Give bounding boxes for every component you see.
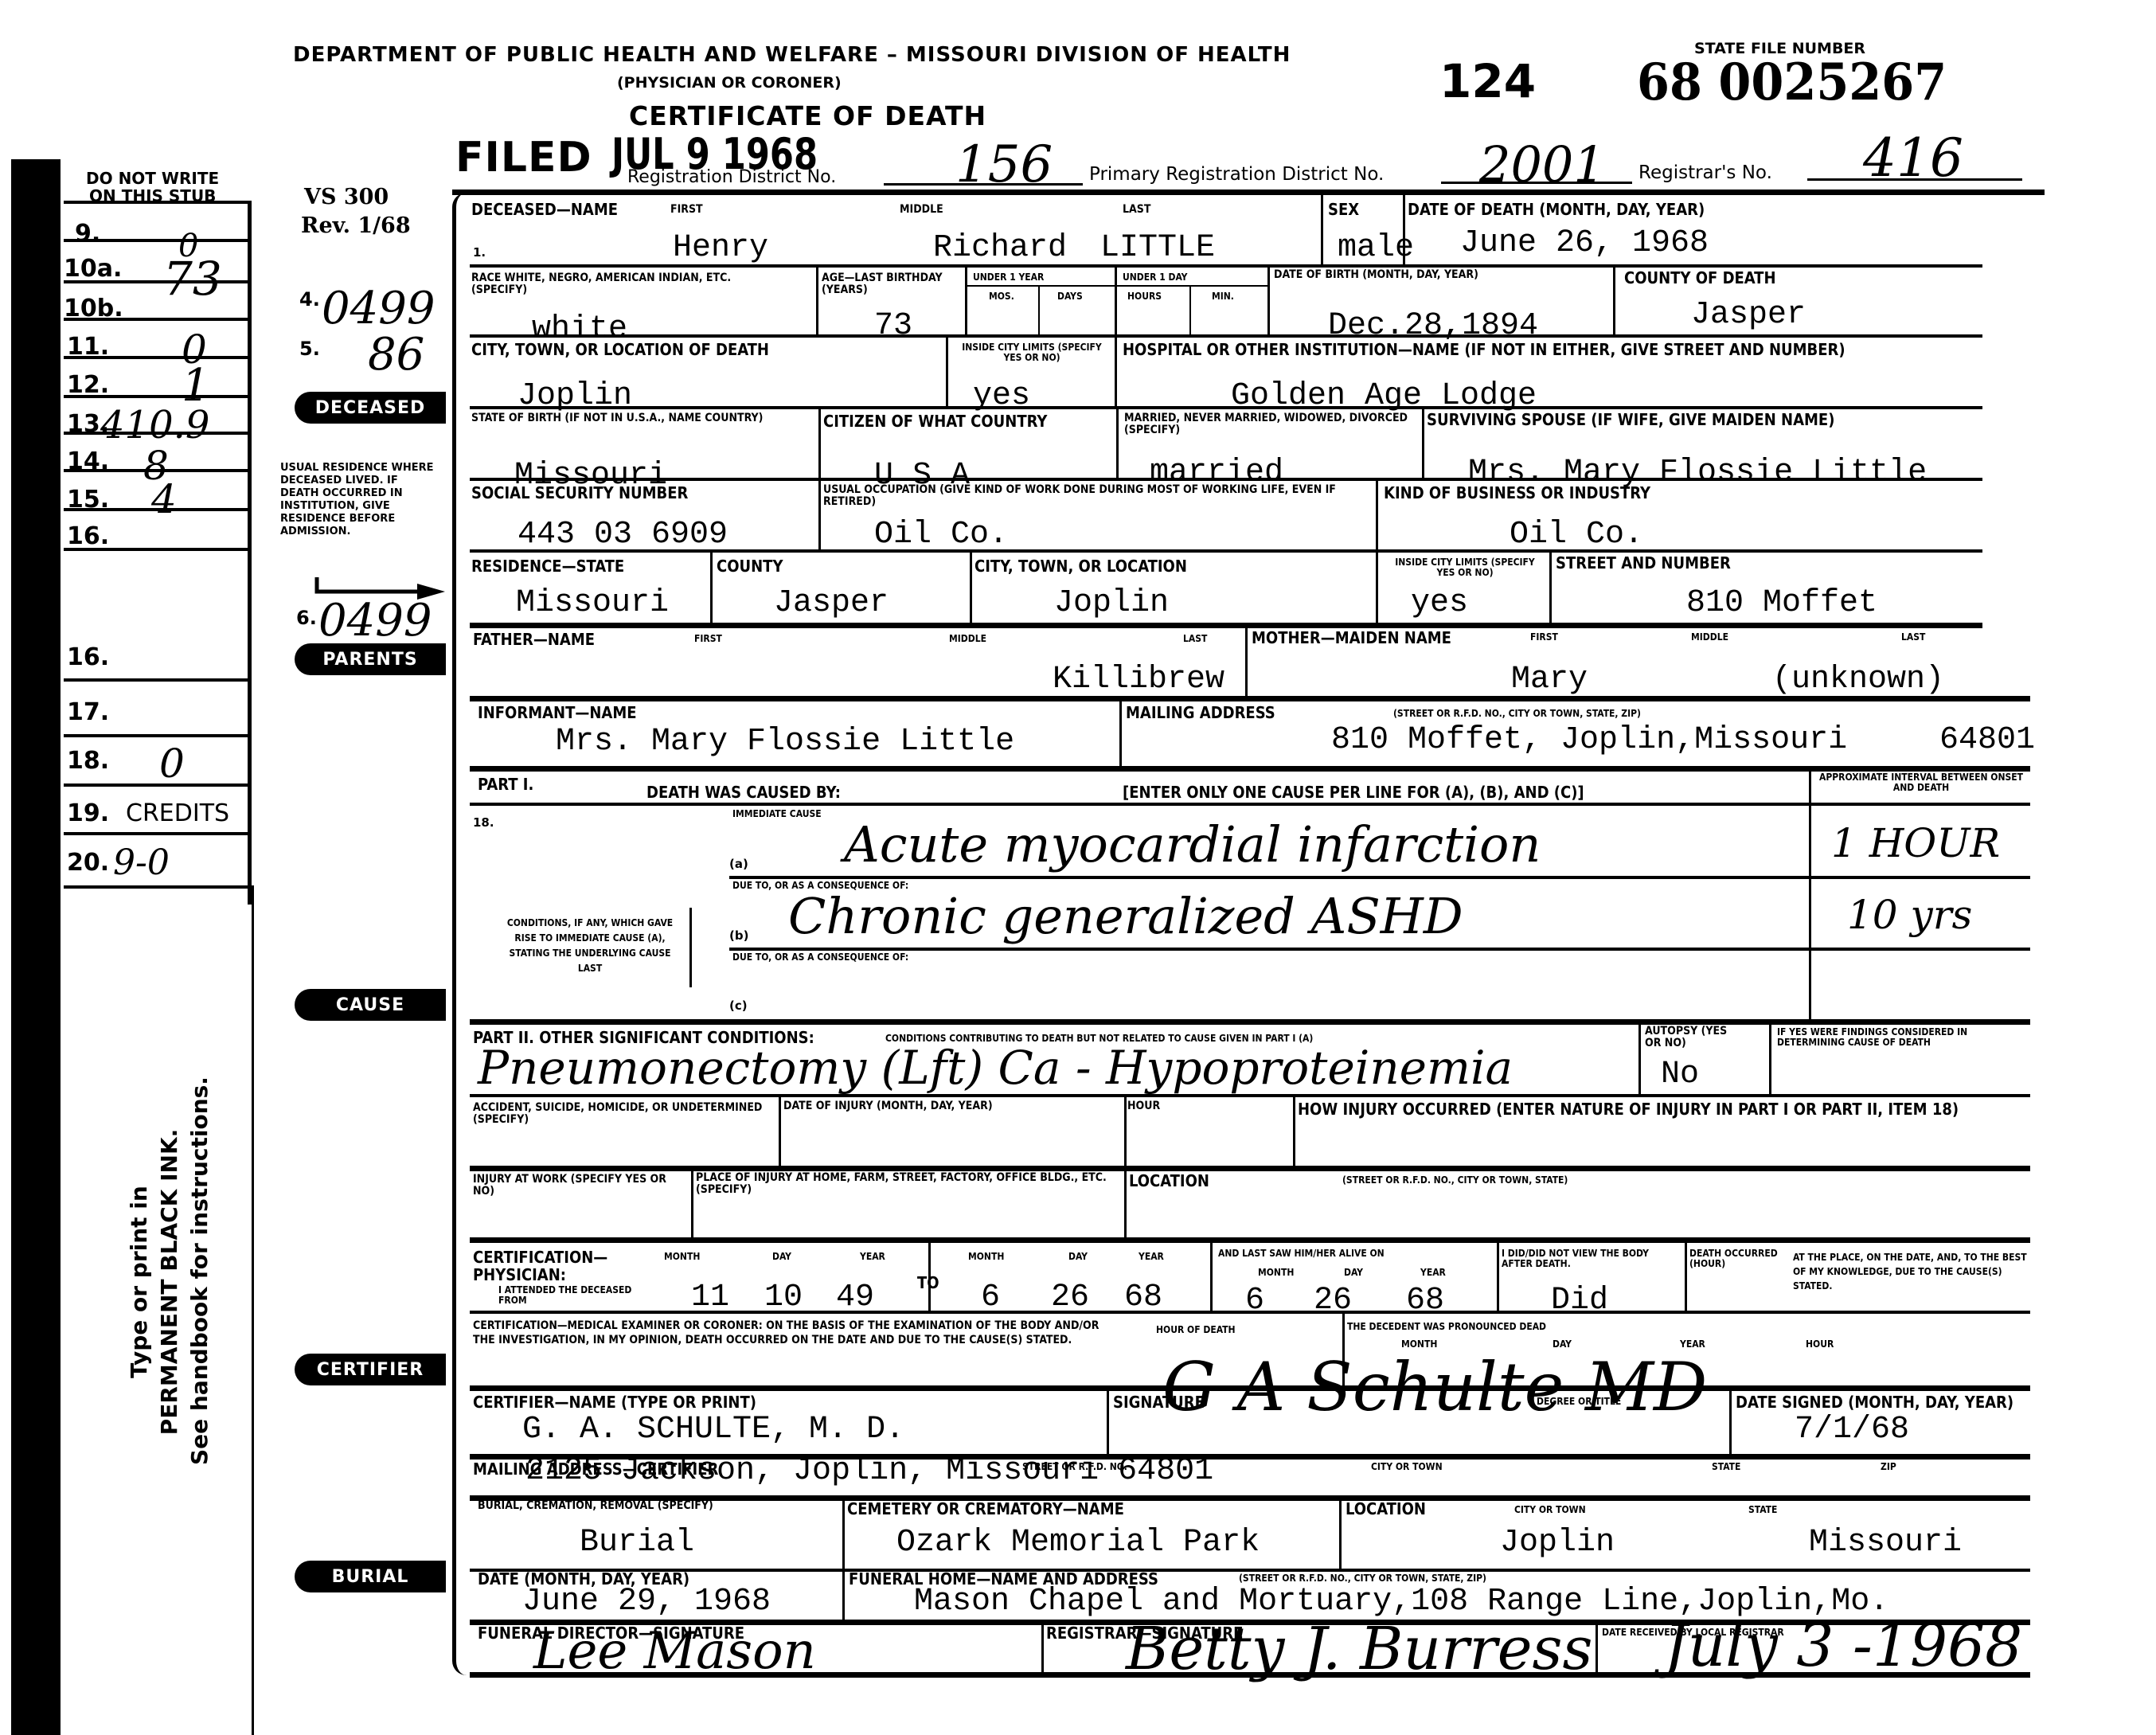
from-year-label: YEAR — [860, 1252, 885, 1262]
due-to-label-c: DUE TO, OR AS A CONSEQUENCE OF: — [732, 952, 908, 963]
immediate-cause-label: IMMEDIATE CAUSE — [732, 809, 822, 819]
saw-year-label: YEAR — [1420, 1268, 1446, 1278]
row-divider — [470, 1311, 2030, 1314]
cell-divider — [842, 1569, 845, 1621]
stub-row-label: 16. — [67, 522, 109, 550]
row-divider — [470, 406, 1982, 409]
cell-divider — [818, 478, 821, 551]
age-value: 73 — [874, 311, 912, 342]
months-label: MOS. — [989, 291, 1014, 302]
stub-divider — [64, 395, 252, 398]
stub-row-value: 0 — [159, 741, 185, 787]
last-label: LAST — [1123, 204, 1150, 216]
residence-inside-value: yes — [1411, 588, 1468, 619]
tab-burial: BURIAL — [295, 1561, 446, 1592]
inside-city-label: INSIDE CITY LIMITS (SPECIFY YES OR NO) — [952, 342, 1111, 363]
disposition-value: Burial — [580, 1527, 694, 1559]
cell-divider — [818, 406, 821, 478]
row-divider — [470, 549, 1982, 553]
code5-value: 86 — [368, 333, 424, 377]
residence-street-value: 810 Moffet — [1686, 588, 1877, 619]
cell-divider — [1769, 1019, 1771, 1096]
code5-label: 5. — [299, 338, 320, 360]
cell-divider — [1293, 1094, 1295, 1167]
stub-divider — [64, 678, 252, 682]
first-label: FIRST — [670, 204, 703, 216]
date-signed-value: 7/1/68 — [1795, 1414, 1909, 1446]
form-subtitle: (PHYSICIAN OR CORONER) — [617, 74, 842, 92]
primary-district-value: 2001 — [1479, 135, 1605, 193]
registrar-no-underline — [1807, 178, 2022, 181]
cell-divider — [1729, 1385, 1732, 1459]
cause-b-interval: 10 yrs — [1847, 895, 1972, 935]
row-divider — [470, 623, 1982, 628]
one-cause-label: [ENTER ONLY ONE CAUSE PER LINE FOR (a), … — [1123, 783, 1584, 801]
primary-district-underline — [1441, 182, 1632, 184]
attended-from-month: 11 — [691, 1282, 729, 1314]
cell-divider — [1115, 264, 1117, 336]
certifier-signature: G A Schulte MD — [1162, 1354, 1707, 1420]
cell-divider — [1376, 478, 1378, 551]
cell-divider — [710, 549, 713, 623]
cell-divider — [1339, 1495, 1342, 1570]
filed-stamp: FILED — [455, 134, 592, 182]
cell-divider — [816, 264, 818, 336]
code4-value: 0499 — [322, 287, 435, 331]
stub-divider — [64, 201, 252, 204]
cause-a: Acute myocardial infarction — [844, 820, 1541, 869]
line-c-marker: (c) — [729, 998, 748, 1013]
cell-divider — [1124, 1166, 1127, 1239]
stub-row-label: 9. — [75, 220, 100, 248]
part2-conditions: Pneumonectomy (Lft) Ca - Hypoproteinemia — [478, 1045, 1513, 1091]
registrar-signature: Betty J. Burress — [1126, 1620, 1592, 1678]
cell-divider — [1685, 1237, 1687, 1312]
cell-divider — [1638, 1019, 1641, 1096]
injury-date-label: DATE OF INJURY (MONTH, DAY, YEAR) — [783, 1100, 993, 1112]
burial-state-label: STATE — [1748, 1505, 1777, 1515]
mother-last-name: (unknown) — [1772, 664, 1944, 696]
to-year-label: YEAR — [1139, 1252, 1164, 1262]
code4-label: 4. — [299, 288, 320, 311]
father-first-label: FIRST — [694, 634, 722, 644]
cell-divider — [1107, 1385, 1109, 1459]
cell-divider — [1497, 1237, 1499, 1312]
autopsy-findings-label: IF YES WERE FINDINGS CONSIDERED IN DETER… — [1777, 1027, 2029, 1048]
mother-label: MOTHER—MAIDEN NAME — [1252, 629, 1451, 647]
autopsy-label: AUTOPSY (YES OR NO) — [1645, 1026, 1740, 1050]
row-divider — [729, 876, 2030, 879]
viewed-label: I DID/DID NOT VIEW THE BODY AFTER DEATH. — [1502, 1248, 1677, 1269]
injury-location-hint: (STREET OR R.F.D. NO., CITY OR TOWN, STA… — [1342, 1175, 1568, 1186]
date-of-death-label: DATE OF DEATH (MONTH, DAY, YEAR) — [1408, 201, 1705, 218]
stub-row-label: 10a. — [64, 255, 122, 283]
residence-state-value: Missouri — [516, 588, 669, 619]
injury-type-label: ACCIDENT, SUICIDE, HOMICIDE, OR UNDETERM… — [473, 1102, 767, 1127]
hour-of-death-label: HOUR OF DEATH — [1156, 1325, 1236, 1335]
residence-inside-label: INSIDE CITY LIMITS (SPECIFY YES OR NO) — [1385, 557, 1545, 578]
cell-divider — [965, 264, 967, 336]
residence-city-label: CITY, TOWN, OR LOCATION — [974, 557, 1187, 575]
to-month-label: MONTH — [968, 1252, 1004, 1262]
from-day-label: DAY — [772, 1252, 791, 1262]
date-of-death-value: June 26, 1968 — [1460, 228, 1709, 260]
tab-parents: PARENTS — [295, 643, 446, 675]
row-divider — [470, 803, 2030, 806]
attended-to-year: 68 — [1124, 1282, 1162, 1314]
injury-hour-label: HOUR — [1127, 1100, 1160, 1112]
cell-divider — [779, 1094, 781, 1167]
citizen-label: CITIZEN OF WHAT COUNTRY — [823, 412, 1047, 430]
stub-divider — [64, 239, 252, 242]
cell-divider — [1210, 1237, 1213, 1312]
mailing-zip-hint: ZIP — [1881, 1462, 1896, 1472]
sex-label: SEX — [1328, 201, 1359, 218]
cell-divider — [842, 1495, 845, 1570]
cemetery-label: CEMETERY OR CREMATORY—NAME — [847, 1500, 1124, 1518]
attended-from-year: 49 — [836, 1282, 874, 1314]
hours-label: HOURS — [1127, 291, 1162, 302]
stub-row-value: 4 — [151, 476, 177, 522]
spouse-label: SURVIVING SPOUSE (IF WIFE, GIVE MAIDEN N… — [1427, 411, 1834, 428]
stub-divider — [64, 280, 252, 283]
county-of-death-value: Jasper — [1691, 299, 1806, 331]
injury-place-label: PLACE OF INJURY AT HOME, FARM, STREET, F… — [696, 1172, 1118, 1197]
burial-state-value: Missouri — [1809, 1527, 1962, 1559]
to-label: TO — [917, 1274, 939, 1291]
code6-value: 0499 — [318, 599, 432, 643]
residence-county-value: Jasper — [774, 588, 889, 619]
state-of-birth-label: STATE OF BIRTH (IF NOT IN U.S.A., NAME C… — [471, 412, 814, 424]
mother-last-label: LAST — [1901, 632, 1925, 643]
cause-b: Chronic generalized ASHD — [788, 892, 1463, 941]
mother-first-label: FIRST — [1530, 632, 1558, 643]
pronounced-label: THE DECEDENT WAS PRONOUNCED DEAD — [1347, 1322, 1546, 1332]
attended-to-day: 26 — [1051, 1282, 1089, 1314]
form-bottom-border — [470, 1672, 2030, 1678]
disposition-label: BURIAL, CREMATION, REMOVAL (SPECIFY) — [478, 1500, 717, 1512]
stub-row-value: 410.9 — [100, 403, 209, 447]
cell-divider — [1038, 287, 1040, 336]
cell-divider — [1116, 406, 1119, 478]
mailing-address-label: MAILING ADDRESS — [1126, 704, 1275, 721]
industry-label: KIND OF BUSINESS OR INDUSTRY — [1384, 484, 1650, 502]
occupation-label: USUAL OCCUPATION (GIVE KIND OF WORK DONE… — [823, 484, 1365, 509]
ssn-value: 443 03 6909 — [518, 519, 728, 551]
attended-to-month: 6 — [981, 1282, 1000, 1314]
registration-district-underline — [884, 183, 1083, 186]
tab-certifier: CERTIFIER — [295, 1354, 446, 1385]
cell-divider — [946, 334, 948, 406]
instructions-line3: See handbook for instructions. — [185, 1099, 215, 1465]
stub-row-label: 17. — [67, 698, 109, 726]
date-of-birth-value: Dec.28,1894 — [1328, 311, 1538, 342]
state-file-number: 68 0025267 — [1637, 53, 1947, 112]
form-number: VS 300 — [304, 185, 389, 209]
informant-zip: 64801 — [1939, 725, 2035, 756]
row-divider — [470, 1166, 2030, 1171]
county-of-death-label: COUNTY OF DEATH — [1624, 269, 1776, 287]
row-divider — [470, 1569, 2030, 1572]
stub-row-value: CREDITS — [126, 799, 229, 827]
how-injury-label: HOW INJURY OCCURRED (ENTER NATURE OF INJ… — [1298, 1100, 1959, 1118]
row-divider — [470, 696, 2030, 701]
state-file-number-prefix: 124 — [1439, 54, 1536, 108]
form-revision: Rev. 1/68 — [301, 213, 411, 238]
ssn-label: SOCIAL SECURITY NUMBER — [471, 484, 688, 502]
date-signed-label: DATE SIGNED (MONTH, DAY, YEAR) — [1736, 1393, 2013, 1411]
age-label: AGE—LAST BIRTHDAY (YEARS) — [822, 272, 965, 297]
item-number: 1. — [473, 245, 486, 260]
degree-label: DEGREE OR TITLE — [1537, 1397, 1621, 1407]
department-heading: DEPARTMENT OF PUBLIC HEALTH AND WELFARE … — [293, 43, 1291, 67]
stub-divider — [64, 318, 252, 321]
line-a-marker: (a) — [729, 857, 748, 871]
stub-lower-line — [252, 885, 254, 1735]
attended-label: I ATTENDED THE DECEASED FROM — [498, 1285, 642, 1306]
saw-day-label: DAY — [1344, 1268, 1363, 1278]
caused-by-label: DEATH WAS CAUSED BY: — [646, 783, 841, 801]
registrar-no-label: Registrar's No. — [1638, 162, 1772, 183]
father-label: FATHER—NAME — [473, 631, 595, 648]
days-label: DAYS — [1057, 291, 1083, 302]
injury-at-work-label: INJURY AT WORK (SPECIFY YES OR NO) — [473, 1174, 672, 1198]
mailing-city-hint: CITY OR TOWN — [1371, 1462, 1443, 1472]
cell-divider — [1376, 549, 1378, 623]
burial-date-value: June 29, 1968 — [522, 1586, 771, 1618]
stub-row-label: 18. — [67, 747, 109, 775]
ink-instructions: Type or print in PERMANENT BLACK INK. Se… — [124, 1099, 215, 1465]
certifier-mailing-value: 2125 Jackson, Joplin, Missouri 64801 — [525, 1456, 1213, 1487]
physician-cert-label: CERTIFICATION—PHYSICIAN: — [473, 1248, 616, 1284]
cell-divider — [970, 549, 972, 623]
instructions-line1: Type or print in — [124, 1099, 154, 1465]
burial-city-value: Joplin — [1500, 1527, 1615, 1559]
father-last-label: LAST — [1183, 634, 1207, 644]
last-saw-label: AND LAST SAW HIM/HER ALIVE ON — [1218, 1248, 1385, 1259]
mother-middle-label: MIDDLE — [1691, 632, 1728, 643]
date-received-value: July 3 -1968 — [1664, 1616, 2022, 1675]
death-statement: AT THE PLACE, ON THE DATE, AND, TO THE B… — [1793, 1250, 2032, 1293]
burial-location-label: LOCATION — [1346, 1500, 1426, 1518]
from-month-label: MONTH — [664, 1252, 700, 1262]
attended-from-day: 10 — [764, 1282, 803, 1314]
residence-street-label: STREET AND NUMBER — [1556, 554, 1731, 572]
cell-divider — [1124, 1094, 1127, 1167]
residence-state-label: RESIDENCE—STATE — [471, 557, 624, 575]
cell-divider — [691, 1166, 693, 1239]
conditions-bracket — [689, 908, 701, 987]
cell-divider — [1245, 623, 1248, 698]
autopsy-value: No — [1661, 1059, 1699, 1091]
coroner-cert-label: CERTIFICATION—MEDICAL EXAMINER OR CORONE… — [473, 1319, 1110, 1347]
stub-row-label: 16. — [67, 643, 109, 671]
primary-district-label: Primary Registration District No. — [1089, 164, 1384, 185]
mailing-state-hint: STATE — [1712, 1462, 1740, 1472]
injury-location-label: LOCATION — [1129, 1172, 1209, 1190]
stub-divider — [64, 508, 252, 511]
certifier-name-label: CERTIFIER—NAME (TYPE OR PRINT) — [473, 1393, 756, 1411]
residence-note: USUAL RESIDENCE WHERE DECEASED LIVED. IF… — [280, 462, 436, 538]
saw-month-label: MONTH — [1258, 1268, 1294, 1278]
marital-label: MARRIED, NEVER MARRIED, WIDOWED, DIVORCE… — [1124, 412, 1427, 437]
stub-divider — [64, 548, 252, 551]
informant-name: Mrs. Mary Flossie Little — [556, 726, 1014, 758]
stub-divider — [64, 832, 252, 835]
death-hour-label: DEATH OCCURRED (HOUR) — [1689, 1248, 1785, 1269]
line-b-marker: (b) — [729, 928, 748, 943]
race-label: RACE WHITE, NEGRO, AMERICAN INDIAN, ETC.… — [471, 272, 790, 297]
funeral-home-hint: (STREET OR R.F.D. NO., CITY OR TOWN, STA… — [1239, 1573, 1486, 1584]
funeral-director-signature: Lee Mason — [533, 1626, 816, 1677]
city-of-death-label: CITY, TOWN, OR LOCATION OF DEATH — [471, 341, 769, 358]
cell-divider — [1041, 1620, 1044, 1674]
interval-label: APPROXIMATE INTERVAL BETWEEN ONSET AND D… — [1814, 772, 2029, 793]
stub-heading-line1: DO NOT WRITE — [86, 169, 219, 188]
left-margin-strip — [11, 159, 61, 1735]
under-1-day-label: UNDER 1 DAY — [1123, 272, 1187, 283]
under-1-year-label: UNDER 1 YEAR — [973, 272, 1044, 283]
conditions-note: CONDITIONS, IF ANY, WHICH GAVE RISE TO I… — [498, 916, 682, 976]
registration-district-label: Registration District No. — [627, 167, 836, 187]
informant-label: INFORMANT—NAME — [478, 704, 637, 721]
item-number: 18. — [473, 815, 494, 830]
cell-divider — [1613, 264, 1615, 336]
row-divider — [470, 334, 1982, 338]
mailing-address-hint: (STREET OR R.F.D. NO., CITY OR TOWN, STA… — [1393, 709, 1641, 719]
minutes-label: MIN. — [1212, 291, 1234, 302]
hospital-label: HOSPITAL OR OTHER INSTITUTION—NAME (IF N… — [1123, 341, 1845, 358]
stub-divider — [64, 356, 252, 359]
row-divider — [470, 1019, 2030, 1025]
row-divider — [470, 478, 1982, 481]
cell-divider — [1596, 1620, 1598, 1674]
cell-divider — [1321, 193, 1323, 264]
cemetery-value: Ozark Memorial Park — [896, 1527, 1260, 1559]
mother-first-name: Mary — [1511, 664, 1588, 696]
cell-divider — [1422, 406, 1424, 478]
to-day-label: DAY — [1068, 1252, 1088, 1262]
date-of-birth-label: DATE OF BIRTH (MONTH, DAY, YEAR) — [1274, 269, 1608, 281]
tab-deceased: DECEASED — [295, 392, 446, 424]
cell-divider — [1403, 193, 1405, 264]
instructions-line2: PERMANENT BLACK INK. — [154, 1099, 185, 1465]
cell-divider — [1267, 264, 1270, 336]
father-middle-label: MIDDLE — [949, 634, 986, 644]
pronounced-hour-label: HOUR — [1806, 1339, 1834, 1350]
code6-label: 6. — [296, 607, 317, 629]
stub-row-value: 9-0 — [113, 842, 170, 883]
row-divider — [729, 948, 2030, 951]
middle-label: MIDDLE — [900, 204, 943, 216]
form-top-border — [452, 190, 2045, 195]
cell-divider — [1115, 334, 1117, 406]
name-label: DECEASED—NAME — [471, 201, 618, 218]
cell-divider — [1189, 287, 1191, 336]
burial-city-label: CITY OR TOWN — [1514, 1505, 1586, 1515]
stub-divider — [64, 734, 252, 737]
certifier-name-value: G. A. SCHULTE, M. D. — [522, 1414, 904, 1446]
stub-divider — [64, 469, 252, 472]
father-last-name: Killibrew — [1053, 664, 1224, 696]
part1-label: PART I. — [478, 776, 533, 793]
row-divider — [470, 264, 1982, 268]
stub-row-value: 73 — [163, 252, 222, 306]
tab-cause: CAUSE — [295, 989, 446, 1021]
deceased-first-name: Henry — [673, 233, 768, 264]
occupation-value: Oil Co. — [874, 519, 1008, 551]
stub-row-label: 20. — [67, 849, 109, 877]
row-divider — [470, 1237, 2030, 1243]
cell-divider — [1119, 696, 1122, 769]
row-divider — [470, 1094, 2030, 1097]
stub-divider — [64, 432, 252, 435]
industry-value: Oil Co. — [1510, 519, 1643, 551]
deceased-middle-name: Richard — [933, 233, 1067, 264]
cell-divider — [1549, 549, 1552, 623]
cause-a-interval: 1 HOUR — [1831, 823, 2000, 863]
stub-divider — [64, 885, 252, 889]
deceased-last-name: LITTLE — [1100, 233, 1215, 264]
residence-county-label: COUNTY — [717, 557, 783, 575]
certificate-title: CERTIFICATE OF DEATH — [629, 100, 986, 131]
residence-city-value: Joplin — [1054, 588, 1169, 619]
row-divider — [470, 766, 2030, 772]
stub-row-label: 19. — [67, 799, 109, 827]
stub-divider — [64, 783, 252, 787]
informant-address: 810 Moffet, Joplin,Missouri — [1331, 725, 1847, 756]
